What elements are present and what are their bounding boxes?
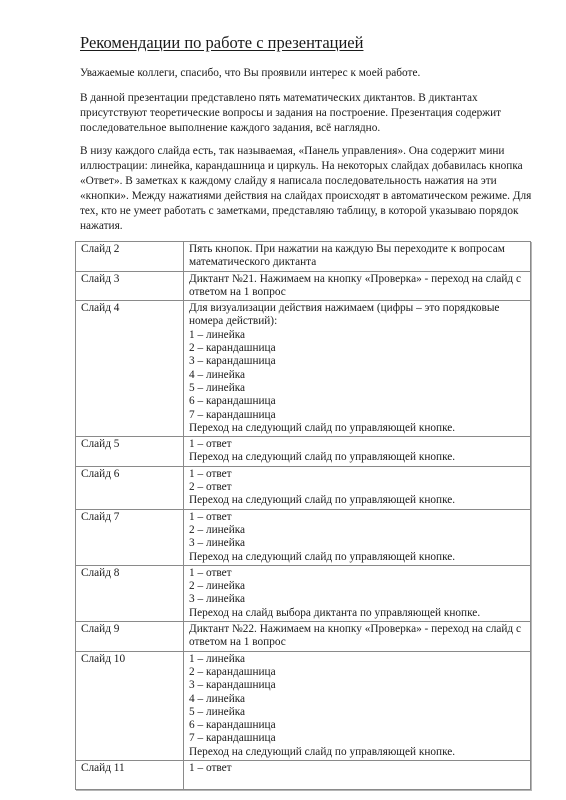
action-line: 3 – линейка bbox=[189, 593, 525, 606]
action-line: 5 – линейка bbox=[189, 382, 525, 395]
action-line: 6 – карандашница bbox=[189, 719, 525, 732]
action-line: 1 – ответ bbox=[189, 438, 525, 451]
slide-actions-cell: 1 – ответ2 – ответПереход на следующий с… bbox=[184, 466, 531, 509]
table-row: Слайд 3Диктант №21. Нажимаем на кнопку «… bbox=[76, 271, 531, 301]
greeting-paragraph: Уважаемые коллеги, спасибо, что Вы прояв… bbox=[80, 66, 540, 81]
action-line: 1 – линейка bbox=[189, 329, 525, 342]
action-line: 5 – линейка bbox=[189, 706, 525, 719]
table-row: Слайд 111 – ответ bbox=[76, 760, 531, 789]
action-line: 1 – ответ bbox=[189, 567, 525, 580]
slide-actions-cell: Пять кнопок. При нажатии на каждую Вы пе… bbox=[184, 242, 531, 272]
action-line: Пять кнопок. При нажатии на каждую Вы пе… bbox=[189, 243, 525, 270]
action-line: 7 – карандашница bbox=[189, 409, 525, 422]
slide-number-cell: Слайд 4 bbox=[76, 301, 184, 437]
action-line: Переход на следующий слайд по управляюще… bbox=[189, 422, 525, 435]
slide-number-cell: Слайд 11 bbox=[76, 760, 184, 789]
action-line: 3 – линейка bbox=[189, 537, 525, 550]
action-line: 1 – линейка bbox=[189, 653, 525, 666]
action-line: 2 – карандашница bbox=[189, 666, 525, 679]
action-line: Переход на следующий слайд по управляюще… bbox=[189, 494, 525, 507]
action-line: 2 – линейка bbox=[189, 524, 525, 537]
slide-number-cell: Слайд 10 bbox=[76, 651, 184, 760]
slide-actions-cell: 1 – ответ bbox=[184, 760, 531, 789]
action-line: Переход на следующий слайд по управляюще… bbox=[189, 451, 525, 464]
table-row: Слайд 61 – ответ2 – ответПереход на след… bbox=[76, 466, 531, 509]
table-row: Слайд 101 – линейка2 – карандашница3 – к… bbox=[76, 651, 531, 760]
action-line: Диктант №21. Нажимаем на кнопку «Проверк… bbox=[189, 273, 525, 300]
action-line: Переход на слайд выбора диктанта по упра… bbox=[189, 607, 525, 620]
slide-steps-table: Слайд 2Пять кнопок. При нажатии на кажду… bbox=[75, 241, 531, 790]
action-line: 2 – карандашница bbox=[189, 342, 525, 355]
slide-number-cell: Слайд 3 bbox=[76, 271, 184, 301]
action-line: 1 – ответ bbox=[189, 468, 525, 481]
action-line: Переход на следующий слайд по управляюще… bbox=[189, 746, 525, 759]
action-line: 1 – ответ bbox=[189, 511, 525, 524]
action-line: 4 – линейка bbox=[189, 369, 525, 382]
action-line: 3 – карандашница bbox=[189, 355, 525, 368]
table-row: Слайд 4Для визуализации действия нажимае… bbox=[76, 301, 531, 437]
slide-number-cell: Слайд 9 bbox=[76, 622, 184, 652]
table-row: Слайд 9Диктант №22. Нажимаем на кнопку «… bbox=[76, 622, 531, 652]
action-line: 3 – карандашница bbox=[189, 679, 525, 692]
table-row: Слайд 81 – ответ2 – линейка3 – линейкаПе… bbox=[76, 565, 531, 621]
slide-number-cell: Слайд 2 bbox=[76, 242, 184, 272]
instructions-paragraph: В низу каждого слайда есть, так называем… bbox=[80, 144, 540, 234]
slide-number-cell: Слайд 6 bbox=[76, 466, 184, 509]
action-line: Для визуализации действия нажимаем (цифр… bbox=[189, 302, 525, 329]
action-line: Диктант №22. Нажимаем на кнопку «Проверк… bbox=[189, 623, 525, 650]
slide-actions-cell: 1 – ответ2 – линейка3 – линейкаПереход н… bbox=[184, 565, 531, 621]
document-title: Рекомендации по работе с презентацией bbox=[80, 32, 540, 54]
table-row: Слайд 2Пять кнопок. При нажатии на кажду… bbox=[76, 242, 531, 272]
action-line: 4 – линейка bbox=[189, 693, 525, 706]
slide-steps-table-body: Слайд 2Пять кнопок. При нажатии на кажду… bbox=[76, 242, 531, 790]
action-line: 1 – ответ bbox=[189, 762, 525, 775]
action-line: 2 – линейка bbox=[189, 580, 525, 593]
table-row: Слайд 71 – ответ2 – линейка3 – линейкаПе… bbox=[76, 509, 531, 565]
slide-number-cell: Слайд 5 bbox=[76, 437, 184, 467]
slide-actions-cell: 1 – ответПереход на следующий слайд по у… bbox=[184, 437, 531, 467]
slide-actions-cell: 1 – линейка2 – карандашница3 – карандашн… bbox=[184, 651, 531, 760]
action-line: 2 – ответ bbox=[189, 481, 525, 494]
slide-actions-cell: Диктант №21. Нажимаем на кнопку «Проверк… bbox=[184, 271, 531, 301]
slide-number-cell: Слайд 7 bbox=[76, 509, 184, 565]
slide-actions-cell: Диктант №22. Нажимаем на кнопку «Проверк… bbox=[184, 622, 531, 652]
slide-actions-cell: 1 – ответ2 – линейка3 – линейкаПереход н… bbox=[184, 509, 531, 565]
table-row: Слайд 51 – ответПереход на следующий сла… bbox=[76, 437, 531, 467]
action-line: 7 – карандашница bbox=[189, 732, 525, 745]
action-line: Переход на следующий слайд по управляюще… bbox=[189, 551, 525, 564]
document-page: Рекомендации по работе с презентацией Ув… bbox=[80, 32, 540, 242]
slide-number-cell: Слайд 8 bbox=[76, 565, 184, 621]
action-line: 6 – карандашница bbox=[189, 395, 525, 408]
intro-paragraph: В данной презентации представлено пять м… bbox=[80, 91, 540, 136]
slide-actions-cell: Для визуализации действия нажимаем (цифр… bbox=[184, 301, 531, 437]
